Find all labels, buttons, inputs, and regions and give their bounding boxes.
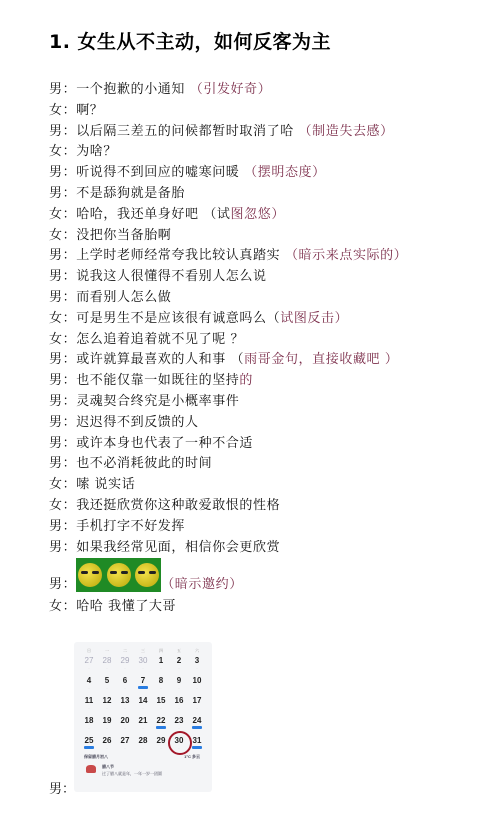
- speaker-label: 女：: [49, 207, 76, 222]
- calendar-day: 6·: [116, 675, 134, 693]
- calendar-screenshot: 日一二三四五六27·28·29·30·1·2·3·4·5·6·78·9·10·1…: [74, 642, 212, 792]
- speaker-label: 男：: [49, 540, 76, 555]
- holiday-subtitle: 过了腊八就是年，一年一岁一团圆: [102, 771, 162, 777]
- calendar-day: 19·: [98, 715, 116, 733]
- calendar-day: 1·: [152, 655, 170, 673]
- speaker-label: 男：: [49, 519, 76, 534]
- calendar-day-number: 12: [103, 696, 112, 705]
- speaker-label: 男：: [49, 373, 76, 388]
- calendar-lunar: ·: [170, 666, 188, 670]
- dialogue-line: 男：手机打字不好发挥: [49, 517, 469, 538]
- calendar-day-number: 29: [121, 656, 130, 665]
- dialogue-text: 不是舔狗就是备胎: [76, 186, 185, 201]
- calendar-day-number: 27: [121, 736, 130, 745]
- dialogue-text: 一个抱歉的小通知: [76, 82, 190, 97]
- speaker-label: 女：: [49, 103, 76, 118]
- speaker-label: 男：: [49, 82, 76, 97]
- calendar-day: 3·: [188, 655, 206, 673]
- speaker-label: 女：: [49, 228, 76, 243]
- calendar-weekday: 三: [134, 648, 152, 653]
- calendar-tag: [84, 746, 94, 749]
- calendar-day-number: 1: [159, 656, 163, 665]
- calendar-day-number: 11: [85, 696, 93, 705]
- calendar-tag: [138, 686, 148, 689]
- dialogue-line: 男：灵魂契合终究是小概率事件: [49, 392, 469, 413]
- dialogue-text: 啊？: [76, 103, 103, 118]
- annotation-note: 的: [239, 373, 253, 388]
- speaker-label: 男：: [49, 415, 76, 430]
- dialogue-text: 可是男生不是应该很有诚意吗么（: [76, 311, 280, 326]
- calendar-day: 2·: [170, 655, 188, 673]
- calendar-day: 13·: [116, 695, 134, 713]
- calendar-lunar: ·: [152, 666, 170, 670]
- sideeye-emoji-icon: [76, 558, 161, 592]
- calendar-lunar: ·: [188, 706, 206, 710]
- calendar-weekday: 六: [188, 648, 206, 653]
- holiday-icon: [86, 765, 96, 773]
- calendar-lunar: ·: [134, 746, 152, 750]
- calendar-weekday: 四: [152, 648, 170, 653]
- speaker-label: 男：: [49, 778, 75, 797]
- speaker-label: 男：: [49, 394, 76, 409]
- dialogue-line: 女：我还挺欣赏你这种敢爱敢恨的性格: [49, 496, 469, 517]
- calendar-lunar: ·: [80, 666, 98, 670]
- dialogue-line: 男：也不必消耗彼此的时间: [49, 454, 469, 475]
- calendar-day: 21·: [134, 715, 152, 733]
- calendar-lunar: ·: [152, 686, 170, 690]
- calendar-day: 20·: [116, 715, 134, 733]
- dialogue-line: 男：不是舔狗就是备胎: [49, 184, 469, 205]
- calendar-day: 24: [188, 715, 206, 733]
- calendar-day-number: 18: [85, 716, 94, 725]
- speaker-label: 男：: [49, 573, 76, 592]
- annotation-note: （暗示邀约）: [161, 573, 243, 592]
- calendar-day-number: 31: [193, 736, 202, 745]
- calendar-weekday: 一: [98, 648, 116, 653]
- annotation-note: 雨哥金句，直接收藏吧 ）: [244, 352, 398, 367]
- speaker-label: 男：: [49, 456, 76, 471]
- calendar-lunar: ·: [134, 666, 152, 670]
- calendar-weekday: 日: [80, 648, 98, 653]
- calendar-lunar: ·: [116, 706, 134, 710]
- calendar-day-number: 3: [195, 656, 199, 665]
- dialogue-text: 或许就算最喜欢的人和事 （: [76, 352, 244, 367]
- calendar-day-number: 13: [121, 696, 130, 705]
- calendar-lunar: ·: [98, 746, 116, 750]
- calendar-day-number: 27: [85, 656, 94, 665]
- dialogue-text: 迟迟得不到反馈的人: [76, 415, 198, 430]
- annotation-note: （引发好奇）: [190, 82, 272, 97]
- dialogue-line: 女：可是男生不是应该很有诚意吗么（试图反击）: [49, 309, 469, 330]
- speaker-label: 男：: [49, 124, 76, 139]
- calendar-tag: [192, 726, 202, 729]
- annotation-note: （制造失去感）: [299, 124, 394, 139]
- calendar-weather: 1°C 多云: [184, 754, 200, 760]
- calendar-day-number: 29: [157, 736, 166, 745]
- calendar-lunar: ·: [170, 726, 188, 730]
- calendar-day-number: 24: [193, 716, 202, 725]
- annotation-note: （暗示来点实际的）: [285, 248, 407, 263]
- calendar-day: 15·: [152, 695, 170, 713]
- calendar-day: 22: [152, 715, 170, 733]
- calendar-day-number: 21: [139, 716, 148, 725]
- calendar-lunar: ·: [188, 666, 206, 670]
- dialogue-text: 灵魂契合终究是小概率事件: [76, 394, 239, 409]
- dialogue-text: 没把你当备胎啊: [76, 228, 171, 243]
- calendar-lunar: ·: [170, 686, 188, 690]
- dialogue-line: 男：或许本身也代表了一种不合适: [49, 434, 469, 455]
- calendar-day: 27·: [80, 655, 98, 673]
- dialogue-line: 女：啊？: [49, 101, 469, 122]
- calendar-day: 5·: [98, 675, 116, 693]
- calendar-lunar: ·: [152, 746, 170, 750]
- calendar-day-number: 28: [103, 656, 112, 665]
- calendar-day: 14·: [134, 695, 152, 713]
- calendar-weekday: 二: [116, 648, 134, 653]
- dialogue-line: 男：以后隔三差五的问候都暂时取消了哈 （制造失去感）: [49, 122, 469, 143]
- speaker-label: 女：: [49, 477, 76, 492]
- dialogue-text: 以后隔三差五的问候都暂时取消了哈: [76, 124, 298, 139]
- speaker-label: 女：: [49, 144, 76, 159]
- calendar-lunar: ·: [80, 686, 98, 690]
- calendar-day-number: 8: [159, 676, 163, 685]
- calendar-day-number: 10: [193, 676, 202, 685]
- dialogue-line: 男：上学时老师经常夸我比较认真踏实 （暗示来点实际的）: [49, 246, 469, 267]
- speaker-label: 男：: [49, 436, 76, 451]
- speaker-label: 女：: [49, 599, 76, 614]
- dialogue-text: 哈哈，我还单身好吧 （试: [76, 207, 230, 222]
- dialogue-line: 男：说我这人很懂得不看别人怎么说: [49, 267, 469, 288]
- speaker-label: 男：: [49, 165, 76, 180]
- calendar-day-number: 6: [123, 676, 127, 685]
- calendar-day-number: 30: [175, 736, 184, 745]
- calendar-day: 26·: [98, 735, 116, 753]
- dialogue-line: 女：哈哈，我还单身好吧 （试图忽悠）: [49, 205, 469, 226]
- dialogue-text: 上学时老师经常夸我比较认真踏实: [76, 248, 285, 263]
- calendar-day: 30·: [134, 655, 152, 673]
- calendar-lunar: ·: [116, 666, 134, 670]
- dialogue-line: 女：嗦 说实话: [49, 475, 469, 496]
- dialogue-line: 男：或许就算最喜欢的人和事 （雨哥金句，直接收藏吧 ）: [49, 350, 469, 371]
- annotation-note: 试图反击）: [280, 311, 348, 326]
- calendar-day-number: 15: [157, 696, 166, 705]
- speaker-label: 男：: [49, 248, 76, 263]
- calendar-day: 25: [80, 735, 98, 753]
- calendar-day-number: 17: [193, 696, 202, 705]
- dialogue-line: 男：一个抱歉的小通知 （引发好奇）: [49, 80, 469, 101]
- dialogue-line: 女：为啥？: [49, 142, 469, 163]
- speaker-label: 男：: [49, 352, 76, 367]
- dialogue-line: 男：听说得不到回应的嘘寒问暖 （摆明态度）: [49, 163, 469, 184]
- calendar-day-number: 14: [139, 696, 148, 705]
- calendar-day: 9·: [170, 675, 188, 693]
- calendar-lunar: ·: [98, 686, 116, 690]
- speaker-label: 女：: [49, 498, 76, 513]
- calendar-day-number: 22: [157, 716, 166, 725]
- calendar-day-number: 2: [177, 656, 181, 665]
- holiday-title: 腊八节: [102, 764, 114, 770]
- calendar-weekday: 五: [170, 648, 188, 653]
- calendar-grid: 日一二三四五六27·28·29·30·1·2·3·4·5·6·78·9·10·1…: [80, 648, 206, 753]
- dialogue-text: 手机打字不好发挥: [76, 519, 185, 534]
- dialogue-text: 我还挺欣赏你这种敢爱敢恨的性格: [76, 498, 280, 513]
- dialogue-text: 而看别人怎么做: [76, 290, 171, 305]
- dialogue-text: 哈哈 我懂了大哥: [76, 599, 176, 614]
- dialogue-list: 男：一个抱歉的小通知 （引发好奇）女：啊？男：以后隔三差五的问候都暂时取消了哈 …: [49, 80, 469, 558]
- calendar-lunar: ·: [80, 706, 98, 710]
- calendar-day-number: 28: [139, 736, 148, 745]
- calendar-lunar: ·: [80, 726, 98, 730]
- calendar-lunar: ·: [170, 746, 188, 750]
- calendar-day: 29·: [116, 655, 134, 673]
- dialogue-text: 怎么追着追着就不见了呢 ？: [76, 332, 244, 347]
- dialogue-line: 男：迟迟得不到反馈的人: [49, 413, 469, 434]
- calendar-lunar: ·: [134, 726, 152, 730]
- calendar-day: 16·: [170, 695, 188, 713]
- calendar-lunar: ·: [134, 706, 152, 710]
- dialogue-text: 说我这人很懂得不看别人怎么说: [76, 269, 266, 284]
- calendar-day: 8·: [152, 675, 170, 693]
- dialogue-text: 为啥？: [76, 144, 117, 159]
- dialogue-line-emoji: 男： （暗示邀约）: [49, 558, 243, 592]
- calendar-lunar: ·: [188, 686, 206, 690]
- speaker-label: 女：: [49, 332, 76, 347]
- calendar-lunar: ·: [98, 706, 116, 710]
- calendar-day: 18·: [80, 715, 98, 733]
- dialogue-line: 女：哈哈 我懂了大哥: [49, 597, 176, 617]
- calendar-lunar: ·: [116, 726, 134, 730]
- calendar-event-left: 保留腊月初八: [84, 754, 108, 760]
- calendar-day: 31: [188, 735, 206, 753]
- dialogue-line: 男：而看别人怎么做: [49, 288, 469, 309]
- calendar-day-number: 25: [85, 736, 94, 745]
- calendar-day: 28·: [134, 735, 152, 753]
- calendar-day-number: 26: [103, 736, 112, 745]
- dialogue-text: 如果我经常见面，相信你会更欣赏: [76, 540, 280, 555]
- calendar-tag: [156, 726, 166, 729]
- calendar-day: 7: [134, 675, 152, 693]
- calendar-lunar: ·: [98, 726, 116, 730]
- dialogue-text: 嗦 说实话: [76, 477, 135, 492]
- annotation-note: 图忽悠）: [231, 207, 285, 222]
- calendar-day: 28·: [98, 655, 116, 673]
- dialogue-text: 也不必消耗彼此的时间: [76, 456, 212, 471]
- calendar-day-number: 30: [139, 656, 148, 665]
- calendar-day-number: 7: [141, 676, 145, 685]
- calendar-day-number: 16: [175, 696, 184, 705]
- calendar-day-number: 19: [103, 716, 112, 725]
- dialogue-text: 或许本身也代表了一种不合适: [76, 436, 253, 451]
- calendar-lunar: ·: [98, 666, 116, 670]
- calendar-day-number: 5: [105, 676, 109, 685]
- dialogue-line: 女：怎么追着追着就不见了呢 ？: [49, 330, 469, 351]
- calendar-lunar: ·: [170, 706, 188, 710]
- calendar-day: 10·: [188, 675, 206, 693]
- dialogue-text: 也不能仅靠一如既往的坚持: [76, 373, 239, 388]
- calendar-day: 4·: [80, 675, 98, 693]
- dialogue-line: 男：也不能仅靠一如既往的坚持的: [49, 371, 469, 392]
- dialogue-line: 女：没把你当备胎啊: [49, 226, 469, 247]
- speaker-label: 女：: [49, 311, 76, 326]
- calendar-day: 27·: [116, 735, 134, 753]
- calendar-lunar: ·: [116, 746, 134, 750]
- dialogue-text: 听说得不到回应的嘘寒问暖: [76, 165, 244, 180]
- calendar-day-number: 20: [121, 716, 130, 725]
- calendar-lunar: ·: [152, 706, 170, 710]
- calendar-day-number: 4: [87, 676, 91, 685]
- calendar-day: 12·: [98, 695, 116, 713]
- calendar-day: 30·: [170, 735, 188, 753]
- calendar-day-number: 23: [175, 716, 184, 725]
- calendar-day: 17·: [188, 695, 206, 713]
- speaker-label: 男：: [49, 290, 76, 305]
- calendar-day: 11·: [80, 695, 98, 713]
- calendar-day-number: 9: [177, 676, 181, 685]
- dialogue-line: 男：如果我经常见面，相信你会更欣赏: [49, 538, 469, 559]
- annotation-note: （摆明态度）: [244, 165, 326, 180]
- calendar-lunar: ·: [116, 686, 134, 690]
- speaker-label: 男：: [49, 269, 76, 284]
- page-title: 1. 女生从不主动，如何反客为主: [49, 27, 331, 54]
- speaker-label: 男：: [49, 186, 76, 201]
- calendar-tag: [192, 746, 202, 749]
